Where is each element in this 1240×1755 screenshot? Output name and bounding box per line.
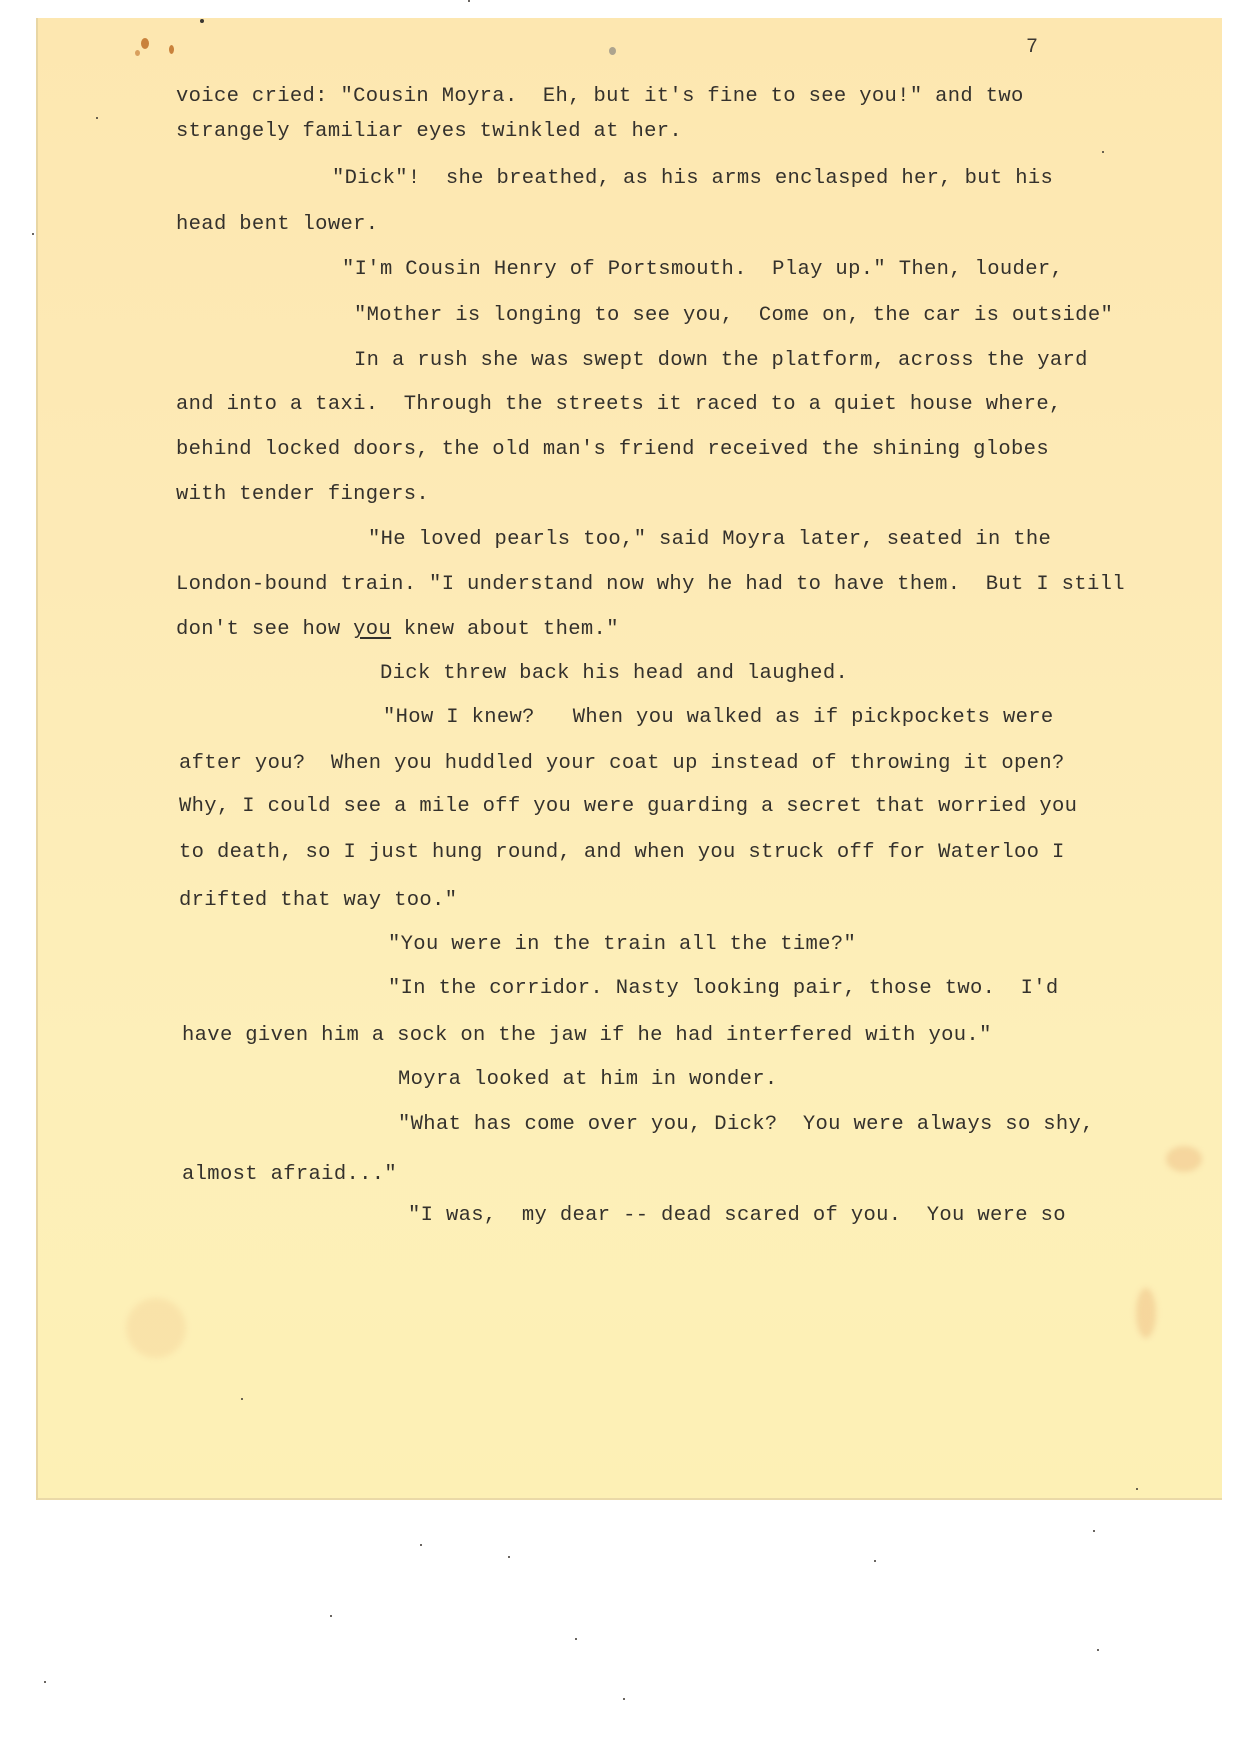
text-line: "You were in the train all the time?" (388, 933, 856, 957)
text-run: don't see how (176, 618, 353, 641)
fleck-decoration (468, 0, 470, 2)
text-line: with tender fingers. (176, 483, 429, 507)
fleck-decoration (1136, 1488, 1138, 1490)
text-line: strangely familiar eyes twinkled at her. (176, 120, 682, 144)
text-line: In a rush she was swept down the platfor… (354, 349, 1088, 373)
fleck-decoration (44, 1681, 46, 1683)
text-line: "Dick"! she breathed, as his arms enclas… (332, 167, 1053, 191)
fleck-decoration (623, 1698, 625, 1700)
text-line: "I'm Cousin Henry of Portsmouth. Play up… (342, 258, 1063, 282)
text-line: Moyra looked at him in wonder. (398, 1068, 778, 1092)
text-line: voice cried: "Cousin Moyra. Eh, but it's… (176, 85, 1024, 109)
text-line: "I was, my dear -- dead scared of you. Y… (408, 1204, 1066, 1228)
ink-stain-decoration (135, 50, 140, 56)
fleck-decoration (330, 1615, 332, 1617)
text-line: London-bound train. "I understand now wh… (176, 573, 1125, 597)
fleck-decoration (96, 117, 98, 119)
fleck-decoration (420, 1544, 422, 1546)
text-run: knew about them." (391, 618, 619, 641)
fleck-decoration (609, 47, 616, 55)
ink-stain-decoration (141, 38, 149, 49)
text-line: don't see how you knew about them." (176, 618, 619, 642)
stain-decoration (1136, 1288, 1156, 1338)
fleck-decoration (575, 1638, 577, 1640)
stain-decoration (126, 1298, 186, 1358)
fleck-decoration (1093, 1530, 1095, 1532)
ink-stain-decoration (169, 45, 174, 54)
underlined-emphasis: you (353, 618, 391, 641)
fleck-decoration (508, 1556, 510, 1558)
text-line: behind locked doors, the old man's frien… (176, 438, 1049, 462)
text-line: Dick threw back his head and laughed. (380, 662, 848, 686)
text-line: "What has come over you, Dick? You were … (398, 1113, 1094, 1137)
text-line: "In the corridor. Nasty looking pair, th… (388, 977, 1059, 1001)
text-line: "How I knew? When you walked as if pickp… (383, 706, 1054, 730)
page-number: 7 (1026, 36, 1038, 59)
fleck-decoration (874, 1560, 876, 1562)
text-line: drifted that way too." (179, 889, 457, 913)
text-line: almost afraid..." (182, 1163, 397, 1187)
text-line: after you? When you huddled your coat up… (179, 752, 1065, 776)
stain-decoration (1166, 1146, 1202, 1172)
text-line: to death, so I just hung round, and when… (179, 841, 1065, 865)
fleck-decoration (241, 1398, 243, 1400)
fleck-decoration (32, 233, 34, 235)
fleck-decoration (1097, 1649, 1099, 1651)
text-line: have given him a sock on the jaw if he h… (182, 1024, 992, 1048)
text-line: and into a taxi. Through the streets it … (176, 393, 1062, 417)
text-line: Why, I could see a mile off you were gua… (179, 795, 1077, 819)
text-line: "He loved pearls too," said Moyra later,… (368, 528, 1051, 552)
text-line: head bent lower. (176, 213, 378, 237)
fleck-decoration (1102, 151, 1104, 153)
fleck-decoration (200, 19, 204, 23)
text-line: "Mother is longing to see you, Come on, … (354, 304, 1113, 328)
scanned-page-background: 7 voice cried: "Cousin Moyra. Eh, but it… (0, 0, 1240, 1755)
